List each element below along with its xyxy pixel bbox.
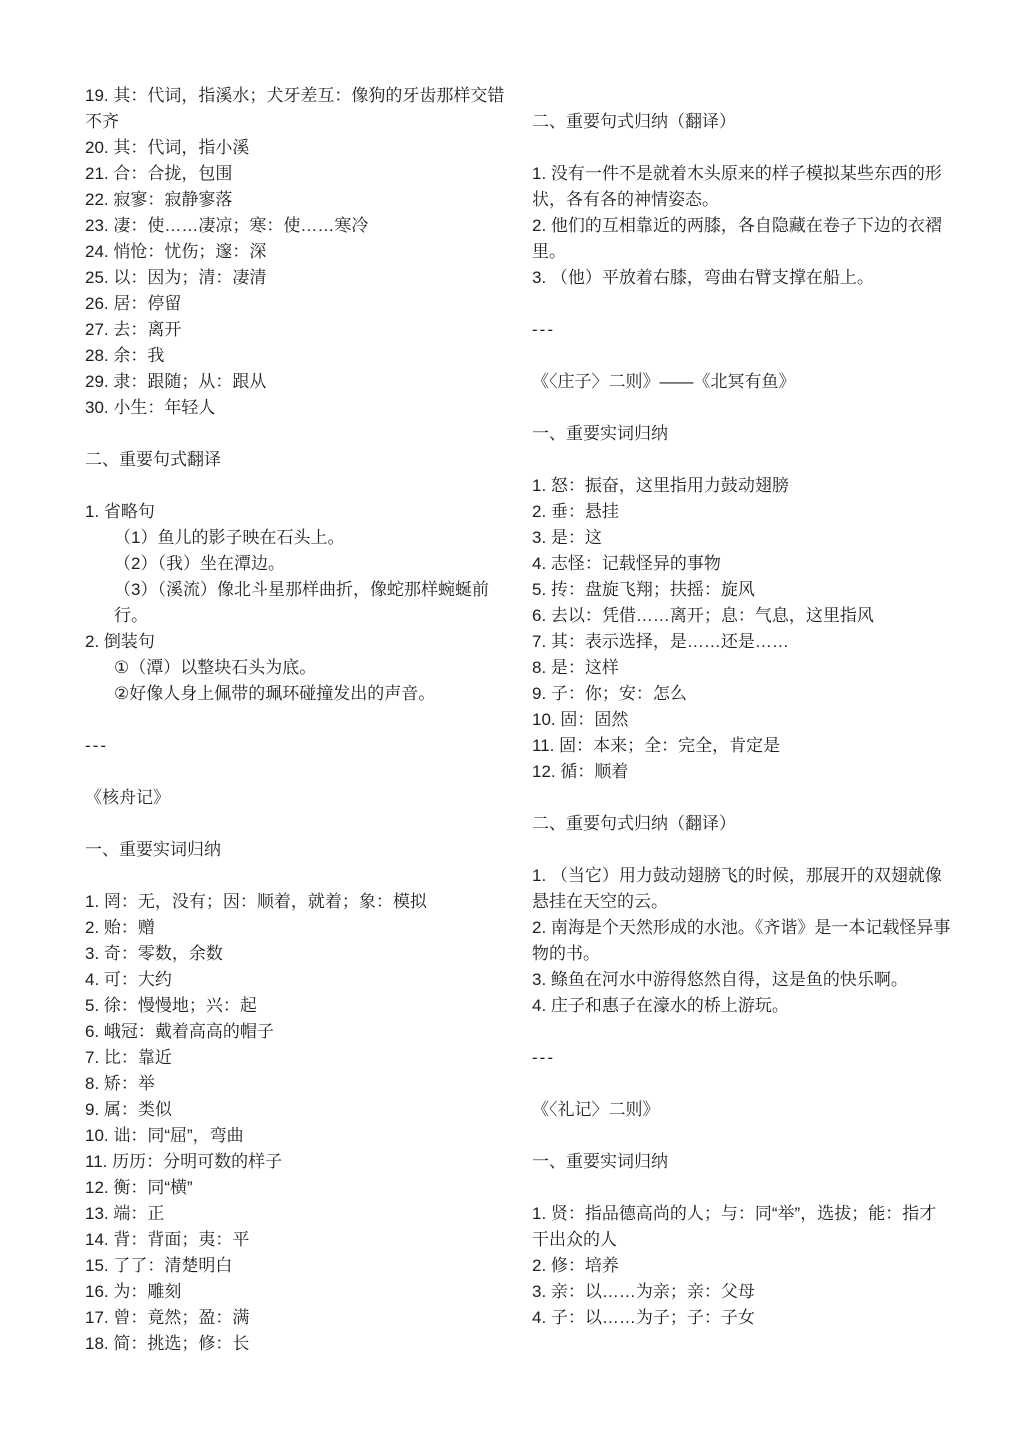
translation-paragraph: 3. 鲦鱼在河水中游得悠然自得，这是鱼的快乐啊。 [532,967,952,993]
gloss-entry: 1. 罔：无，没有；因：顺着，就着；象：模拟 [85,889,505,915]
gloss-entry: 10. 固：固然 [532,707,952,733]
gloss-entry: 1. 省略句 [85,499,505,525]
gloss-entry: 17. 曾：竟然；盈：满 [85,1305,505,1331]
section-divider: --- [85,733,505,759]
gloss-entry: 1. 贤：指品德高尚的人；与：同“举”，选拔；能：指才干出众的人 [532,1201,952,1253]
work-title: 《〈礼记〉二则》 [532,1097,952,1123]
gloss-entry: 4. 可：大约 [85,967,505,993]
translation-paragraph: 2. 他们的互相靠近的两膝，各自隐藏在卷子下边的衣褶里。 [532,213,952,265]
gloss-entry: 20. 其：代词，指小溪 [85,135,505,161]
gloss-entry: 8. 矫：举 [85,1071,505,1097]
gloss-entry: 25. 以：因为；清：凄清 [85,265,505,291]
gloss-entry: 5. 抟：盘旋飞翔；扶摇：旋风 [532,577,952,603]
translation-paragraph: 2. 南海是个天然形成的水池。《齐谐》是一本记载怪异事物的书。 [532,915,952,967]
gloss-entry: 7. 比：靠近 [85,1045,505,1071]
gloss-entry: 21. 合：合拢，包围 [85,161,505,187]
gloss-entry: 9. 子：你；安：怎么 [532,681,952,707]
gloss-entry: 3. 奇：零数，余数 [85,941,505,967]
gloss-entry: 14. 背：背面；夷：平 [85,1227,505,1253]
gloss-entry: 4. 子：以……为子；子：子女 [532,1305,952,1331]
gloss-entry: 27. 去：离开 [85,317,505,343]
gloss-entry: 5. 徐：慢慢地；兴：起 [85,993,505,1019]
section-heading: 二、重要句式归纳（翻译） [532,109,952,135]
gloss-entry: 3. 是：这 [532,525,952,551]
gloss-entry: 10. 诎：同“屈”，弯曲 [85,1123,505,1149]
translation-paragraph: 1. （当它）用力鼓动翅膀飞的时候，那展开的双翅就像悬挂在天空的云。 [532,863,952,915]
gloss-entry: 11. 固：本来；全：完全，肯定是 [532,733,952,759]
gloss-entry: 4. 志怪：记载怪异的事物 [532,551,952,577]
sub-entry: （2）（我）坐在潭边。 [85,551,505,577]
gloss-entry: 22. 寂寥：寂静寥落 [85,187,505,213]
translation-paragraph: 4. 庄子和惠子在濠水的桥上游玩。 [532,993,952,1019]
gloss-entry: 12. 循：顺着 [532,759,952,785]
gloss-entry: 24. 悄怆：忧伤；邃：深 [85,239,505,265]
gloss-entry: 9. 属：类似 [85,1097,505,1123]
sub-entry: ②好像人身上佩带的珮环碰撞发出的声音。 [85,681,505,707]
section-divider: --- [532,317,952,343]
gloss-entry: 2. 修：培养 [532,1253,952,1279]
column-right: 二、重要句式归纳（翻译）1. 没有一件不是就着木头原来的样子模拟某些东西的形状，… [532,83,952,1430]
gloss-entry: 8. 是：这样 [532,655,952,681]
gloss-entry: 7. 其：表示选择，是……还是…… [532,629,952,655]
gloss-entry: 28. 余：我 [85,343,505,369]
gloss-entry: 6. 去以：凭借……离开；息：气息，这里指风 [532,603,952,629]
section-heading: 一、重要实词归纳 [532,1149,952,1175]
gloss-entry: 26. 居：停留 [85,291,505,317]
gloss-entry: 2. 垂：悬挂 [532,499,952,525]
column-left: 19. 其：代词，指溪水；犬牙差互：像狗的牙齿那样交错不齐20. 其：代词，指小… [85,83,505,1430]
gloss-entry: 30. 小生：年轻人 [85,395,505,421]
gloss-entry: 29. 隶：跟随；从：跟从 [85,369,505,395]
gloss-entry: 23. 凄：使……凄凉；寒：使……寒冷 [85,213,505,239]
work-title: 《〈庄子〉二则》——《北冥有鱼》 [532,369,952,395]
section-divider: --- [532,1045,952,1071]
sub-entry: （1）鱼儿的影子映在石头上。 [85,525,505,551]
document-page: 19. 其：代词，指溪水；犬牙差互：像狗的牙齿那样交错不齐20. 其：代词，指小… [0,0,1020,1430]
translation-paragraph: 3. （他）平放着右膝，弯曲右臂支撑在船上。 [532,265,952,291]
gloss-entry: 6. 峨冠：戴着高高的帽子 [85,1019,505,1045]
gloss-entry: 18. 简：挑选；修：长 [85,1331,505,1357]
section-heading: 一、重要实词归纳 [532,421,952,447]
sub-entry: ①（潭）以整块石头为底。 [85,655,505,681]
gloss-entry: 19. 其：代词，指溪水；犬牙差互：像狗的牙齿那样交错不齐 [85,83,505,135]
translation-paragraph: 1. 没有一件不是就着木头原来的样子模拟某些东西的形状，各有各的神情姿态。 [532,161,952,213]
gloss-entry: 2. 倒装句 [85,629,505,655]
work-title: 《核舟记》 [85,785,505,811]
gloss-entry: 15. 了了：清楚明白 [85,1253,505,1279]
section-heading: 二、重要句式归纳（翻译） [532,811,952,837]
gloss-entry: 1. 怒：振奋，这里指用力鼓动翅膀 [532,473,952,499]
section-heading: 二、重要句式翻译 [85,447,505,473]
gloss-entry: 2. 贻：赠 [85,915,505,941]
gloss-entry: 12. 衡：同“横” [85,1175,505,1201]
sub-entry: （3）（溪流）像北斗星那样曲折，像蛇那样蜿蜒前行。 [85,577,505,629]
gloss-entry: 3. 亲：以……为亲；亲：父母 [532,1279,952,1305]
gloss-entry: 16. 为：雕刻 [85,1279,505,1305]
section-heading: 一、重要实词归纳 [85,837,505,863]
gloss-entry: 11. 历历：分明可数的样子 [85,1149,505,1175]
gloss-entry: 13. 端：正 [85,1201,505,1227]
